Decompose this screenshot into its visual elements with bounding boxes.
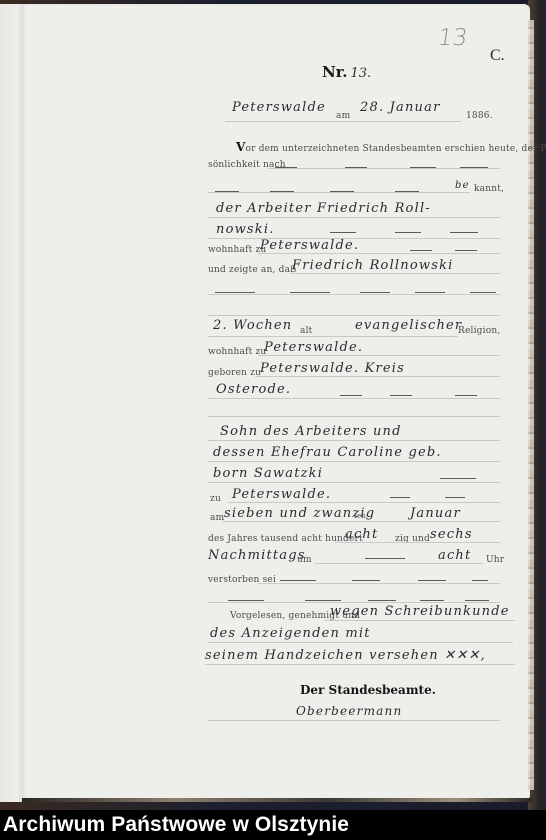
informant-handwritten-2: nowski. [216,222,275,237]
filler-dash [228,600,264,601]
parents-handwritten-3: born Sawatzki [213,466,323,481]
death-day-handwritten: sieben und zwanzig [224,506,375,521]
page-stack-edge [528,20,534,790]
filler-dash [360,292,390,293]
rule [255,376,500,377]
filler-dash [418,580,446,581]
rule [208,398,500,399]
rule [208,217,500,218]
filler-dash [390,395,412,396]
rule [222,521,500,522]
date-handwritten: 28. Januar [360,100,440,115]
filler-dash [415,292,445,293]
age-label: alt [300,326,312,336]
filler-dash [472,580,488,581]
filler-dash [470,292,496,293]
facing-page-edge [0,4,24,802]
death-month-handwritten: Januar [410,506,461,521]
filler-dash [450,232,478,233]
rule [208,461,500,462]
rule [335,542,500,543]
born-label: geboren zu [208,368,261,378]
page-bottom-edge [22,798,532,802]
rule [325,620,515,621]
series-letter: C. [490,47,505,65]
closing-handwritten-1: wegen Schreibunkunde [330,604,510,619]
rule [208,336,458,337]
filler-dash [445,497,465,498]
hour-handwritten: acht [438,548,471,563]
rule [208,192,470,193]
death-place-label: zu [210,494,221,504]
informant-handwritten-1: der Arbeiter Friedrich Roll- [216,201,431,216]
rule [225,121,461,122]
filler-dash [460,167,488,168]
parents-handwritten-2: dessen Ehefrau Caroline geb. [213,445,442,460]
rule [208,294,500,295]
archive-name: Archiwum Państwowe w Olsztynie [3,813,349,837]
rule [258,253,500,254]
filler-dash [395,232,421,233]
filler-dash [420,600,444,601]
rule [208,602,500,603]
time-of-day-handwritten: Nachmittags [208,548,306,563]
closing-handwritten-2: des Anzeigenden mit [210,626,371,641]
filler-dash [305,600,341,601]
closing-handwritten-3: seinem Handzeichen versehen ✕✕✕, [205,648,486,663]
register-page [22,4,530,801]
rule [208,642,513,643]
born-handwritten-2: Osterode. [216,382,291,397]
reported-label: und zeigte an, daß [208,265,296,275]
year-tens-handwritten: acht [345,527,378,542]
rule [268,168,500,169]
rule [205,664,515,665]
filler-dash [215,191,239,192]
born-handwritten-1: Peterswalde. Kreis [260,361,405,376]
residence-handwritten: Peterswalde. [260,238,359,253]
death-day-suffix: ten [354,512,366,520]
rule [290,273,500,274]
religion-handwritten: evangelischer [355,318,462,333]
filler-dash [275,167,297,168]
rule [258,583,500,584]
filler-dash [270,191,294,192]
filler-dash [455,250,477,251]
filler-dash [395,191,419,192]
filler-dash [465,600,489,601]
time-um-label: um [297,555,312,565]
year-units-handwritten: sechs [430,527,473,542]
filler-dash [365,558,405,559]
parents-handwritten-1: Sohn des Arbeiters und [220,424,402,439]
filler-dash [410,250,432,251]
rule [208,416,500,417]
filler-dash [390,497,410,498]
deceased-residence-handwritten: Peterswalde. [264,340,363,355]
religion-label: Religion, [458,326,500,336]
rule [208,440,500,441]
filler-dash [352,580,380,581]
filler-dash [215,292,255,293]
hour-label: Uhr [486,555,504,565]
rule [315,563,483,564]
official-heading: Der Standesbeamte. [300,683,436,697]
pencil-page-number: 13 [436,25,469,51]
official-signature: Oberbeermann [296,704,402,718]
age-handwritten: 2. Wochen [213,318,292,333]
filler-dash [410,167,436,168]
archive-footer: Archiwum Państwowe w Olsztynie [0,812,546,840]
filler-dash [455,395,477,396]
filler-dash [330,191,354,192]
filler-dash [330,232,356,233]
death-place-handwritten: Peterswalde. [232,487,331,502]
filler-dash [440,478,476,479]
filler-dash [340,395,362,396]
record-number-label: Nr. [322,63,347,81]
rule [208,482,500,483]
place-handwritten: Peterswalde [232,100,326,115]
rule [228,502,500,503]
known-label: kannt, [474,184,504,194]
filler-dash [280,580,316,581]
rule [208,315,500,316]
record-number: Nr.13. [322,63,371,81]
rule [258,355,500,356]
filler-dash [368,600,396,601]
intro-text: Vor dem unterzeichneten Standesbeamten e… [236,140,546,154]
filler-dash [290,292,330,293]
on-label: am [336,111,350,121]
filler-dash [345,167,367,168]
rule [208,720,500,721]
known-handwritten: be [455,180,470,191]
record-number-value: 13. [350,66,371,81]
deceased-name-handwritten: Friedrich Rollnowski [292,258,454,273]
year-label: 1886. [466,111,493,121]
